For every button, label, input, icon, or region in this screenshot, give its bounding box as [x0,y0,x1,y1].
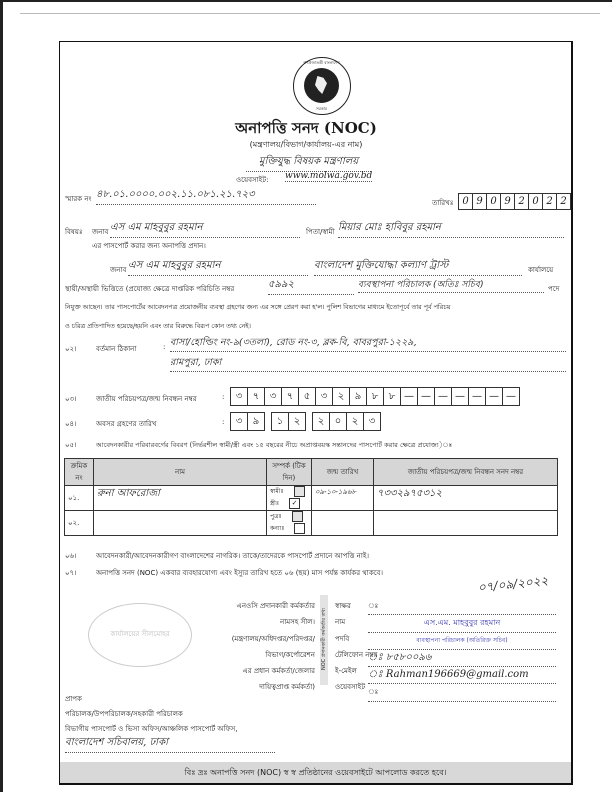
memo-value: ৪৮.০১.০০০০.০০২.১১.০৮১.২১.৭২৩ [96,187,316,205]
col-nid: জাতীয় পরিচয়পত্র/জন্ম নিবন্ধন সনদ নম্বর [374,459,558,486]
seal-text: কার্যালয়ের সীলমোহর [89,628,191,640]
relation-checkbox-checked[interactable]: ✓ [289,498,300,509]
table-row: ০১. রুনা আফরোজা স্বামীঃ স্ত্রীঃ✓ ০৯-১০-১… [65,486,558,511]
document-subtitle: (মন্ত্রণালয়/বিভাগ/কার্যালয়-এর নাম) [0,139,612,152]
nid-cell [374,511,558,536]
vertical-label-band: NOC প্রদানকারী কর্মকর্তার তথ্য [320,595,328,685]
recipient-label: প্রাপক [65,693,82,705]
digit-box: — [485,387,503,406]
seal-bottom-text: সরকার [294,106,349,113]
org-suffix: কার্যালয়ে [528,264,553,276]
digit-box: — [434,387,452,406]
subject-suffix: এর পাসপোর্ট করার জন্য অনাপত্তি প্রদান। [92,240,206,252]
field-values: ঃ এস.এম. মাহবুবুর রহমান ব্যবস্থাপনা পরিচ… [368,598,556,702]
field-value-phone: ঃ ৮৫৮০০৯৬ [368,650,556,667]
validity-statement: অনাপত্তি সনদ (NOC) একবার ব্যবহারযোগ্য এব… [96,567,383,579]
address-label: বর্তমান ঠিকানা [96,343,136,355]
field-value-designation: ব্যবস্থাপনা পরিচালক (অতিরিক্ত সচিব) [368,633,556,650]
date-boxes: 09092022 [459,193,571,210]
relation-option-label: স্ত্রীঃ [270,500,279,507]
applicant-name: এস এম মাহবুবুর রহমান [110,220,300,238]
digit-box: ৯ [349,387,367,406]
issuer-line: নামসহ সীল। [200,614,315,630]
website-label: ওয়েবসাইট: [236,174,268,186]
digit-box: 9 [472,193,487,210]
relation-cell: স্বামীঃ স্ত্রীঃ✓ [267,486,312,511]
digit-box: 0 [528,193,543,210]
website-value: www.molwa.gov.bd [285,171,372,182]
serial-cell: ০১. [65,486,94,511]
memo-label: স্মারক নং [65,193,92,205]
field-value-email: ঃ Rahman196669@gmail.com [368,667,556,684]
address-line1: বাসা/হোল্ডিং নং-৯(৩তলা), রোড নং-৩, ব্লক-… [170,336,566,352]
recipient-line2: বিভাগীয় পাসপোর্ট ও ভিসা অফিস/আঞ্চলিক পা… [65,723,237,735]
colon: : [163,343,165,351]
subject-label: বিষয়ঃ [65,226,83,238]
digit-box: 0 [458,193,473,210]
citizen-statement: আবেদনকারী/আবেদনকারীগণ বাংলাদেশের নাগরিক।… [96,550,369,562]
government-seal-icon: গণপ্রজাতন্ত্রী বাংলাদেশ সরকার [293,57,351,115]
body-org: বাংলাদেশ মুক্তিযোদ্ধা কল্যাণ ট্রাস্ট [314,258,522,276]
map-icon [315,76,327,94]
subject-prefix: জনাব [92,226,108,238]
name-cell [94,511,267,536]
family-table: ক্রমিক নং নাম সম্পর্ক (টিক দিন) জন্ম তার… [64,458,558,536]
relation-checkbox[interactable] [294,486,305,497]
relation-option-label: কন্যাঃ [270,525,284,532]
retirement-date-boxes: ৩৯১২২০২৩ [231,412,381,431]
digit-box: ২ [346,412,364,431]
col-name: নাম [94,459,267,486]
vertical-label: NOC প্রদানকারী কর্মকর্তার তথ্য [321,594,329,684]
father-label: পিতা/স্বামী [306,226,335,238]
digit-box: ৩ [264,387,282,406]
scan-line [20,13,600,14]
item-number: ০৬। [65,550,77,562]
issuer-line: বিভাগ/কর্পোরেশন [200,647,315,663]
digit-box: ২ [312,412,330,431]
relation-cell: পুত্রঃ কন্যাঃ [267,511,312,536]
nid-label: জাতীয় পরিচয়পত্র/জন্ম নিবন্ধন নম্বর [96,393,197,405]
digit-box: 2 [514,193,529,210]
id-number: ৫৯৯২ [268,277,354,295]
family-intro-label: আবেদনকারীর পরিবারবর্গের বিবরণ (নির্ভরশীল… [96,439,452,451]
date-label: তারিখঃ [432,197,453,209]
digit-box: ৫ [298,387,316,406]
body-line3: নিযুক্ত আছেন। তার পাসপোর্টের আবেদনপত্র প… [65,302,451,313]
issuer-line: দায়িত্বপ্রাপ্ত কর্মকর্তা) [200,679,315,695]
body-line2-prefix: স্থায়ী/অস্থায়ী ভিত্তিতে (প্রযোজ্য ক্ষে… [65,283,234,295]
name-cell: রুনা আফরোজা [94,486,267,511]
table-header-row: ক্রমিক নং নাম সম্পর্ক (টিক দিন) জন্ম তার… [65,459,558,486]
dob-cell: ০৯-১০-১৯৬৮ [312,486,374,511]
item-number: ০২। [65,343,77,355]
digit-box: ৭ [247,387,265,406]
item-number: ০৫। [65,439,77,451]
scan-edge [0,0,612,2]
ministry-name: মুক্তিযুদ্ধ বিষয়ক মন্ত্রণালয় [246,154,371,172]
item-number: ০৪। [65,418,77,430]
body-name: এস এম মাহবুবুর রহমান [128,258,308,276]
digit-box: ২ [332,387,350,406]
digit-box: 0 [486,193,501,210]
digit-box: ৮ [366,387,384,406]
col-relation: সম্পর্ক (টিক দিন) [267,459,312,486]
address-line2: রামপুরা, ঢাকা [170,356,566,372]
digit-box: ০ [329,412,347,431]
designation-suffix: পদে [548,283,559,295]
digit-box: ৩ [230,412,248,431]
digit-box: ২ [288,412,306,431]
digit-box: — [400,387,418,406]
body-prefix: জনাব [110,264,126,276]
digit-box: ১ [271,412,289,431]
digit-box: ৩ [230,387,248,406]
table-row: ০২. পুত্রঃ কন্যাঃ [65,511,558,536]
nid-cell: ৭৩৩২৯৭৫৩১২ [374,486,558,511]
nid-boxes: ৩৭৩৭৫৩২৯৮৮——————— [231,387,520,406]
issuer-description: এনওসি প্রদানকারী কর্মকর্তার নামসহ সীল। (… [200,598,315,696]
digit-box: — [451,387,469,406]
relation-option-label: স্বামীঃ [270,488,284,495]
issuer-line: এনওসি প্রদানকারী কর্মকর্তার [200,598,315,614]
dob-cell [312,511,374,536]
seal-ring-text: গণপ্রজাতন্ত্রী বাংলাদেশ [294,60,349,67]
seal-center [304,68,339,103]
father-name: মিয়ার মোঃ হাবিবুর রহমান [338,220,564,238]
item-number: ০৩। [65,393,77,405]
retirement-label: অবসর গ্রহণের তারিখ [96,418,156,430]
office-seal-placeholder: কার্যালয়ের সীলমোহর [88,603,192,667]
body-line4: ও চরিত্র প্রতিপাদিত হয়েছে/হয়নি এবং তার… [65,321,251,332]
relation-option-label: পুত্রঃ [270,513,282,520]
colon: : [222,418,224,426]
relation-checkbox[interactable] [292,511,303,522]
digit-box: ৩ [363,412,381,431]
digit-box: — [417,387,435,406]
digit-box: — [502,387,520,406]
digit-box: ৭ [281,387,299,406]
item-number: ০৭। [65,567,77,579]
field-value-signature: ঃ [368,598,556,615]
digit-box: ৯ [247,412,265,431]
digit-box: ৮ [383,387,401,406]
relation-checkbox[interactable] [294,523,305,534]
footer-note: বিঃ দ্রঃ অনাপত্তি সনদ (NOC) স্ব স্ব প্রত… [60,762,571,783]
recipient-line3: বাংলাদেশ সচিবালয়, ঢাকা [65,735,275,753]
serial-cell: ০২. [65,511,94,536]
col-dob: জন্ম তারিখ [312,459,374,486]
digit-box: ৩ [315,387,333,406]
digit-box: 2 [556,193,571,210]
digit-box: — [468,387,486,406]
field-value-name: এস.এম. মাহবুবুর রহমান [368,615,556,632]
issuer-line: (মন্ত্রণালয়/অধিদপ্তর/পরিদপ্তর/ [200,631,315,647]
issuer-line: এর প্রধান কর্মকর্তা/জেলার [200,663,315,679]
col-serial: ক্রমিক নং [65,459,94,486]
colon: : [222,393,224,401]
field-value-website: ঃ [368,684,556,701]
recipient-line1: পরিচালক/উপপরিচালক/সহকারী পরিচালক [65,708,183,720]
designation: ব্যবস্থাপনা পরিচালক (অতিঃ সচিব) [358,277,544,293]
digit-box: 9 [500,193,515,210]
digit-box: 2 [542,193,557,210]
